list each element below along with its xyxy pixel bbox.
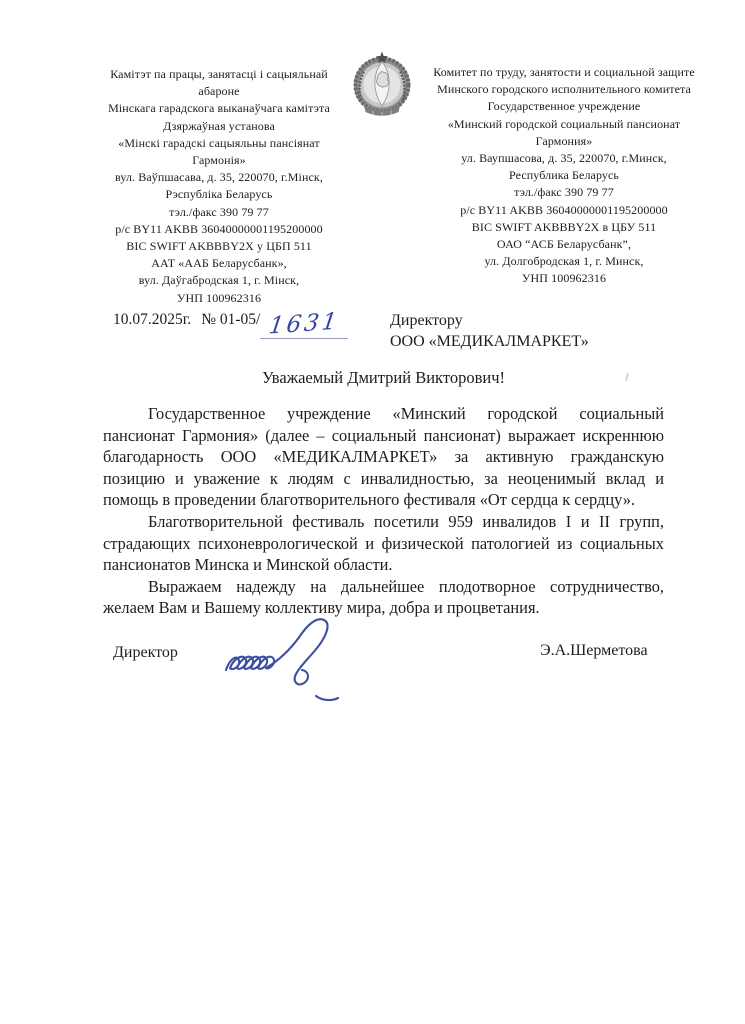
letterhead-line: Камітэт па працы, занятасці і сацыяльнай… <box>90 66 348 100</box>
letterhead-line: тэл./факс 390 79 77 <box>419 184 709 201</box>
letterhead-line: BIC SWIFT AKBBBY2X в ЦБУ 511 <box>419 219 709 236</box>
letter-date: 10.07.2025г. <box>113 311 191 328</box>
outgoing-number-field: 1631 <box>260 311 348 339</box>
letter-body: Государственное учреждение «Минский горо… <box>103 403 664 619</box>
letterhead-line: Мінскага гарадскога выканаўчага камітэта <box>90 100 348 117</box>
letterhead-russian: Комитет по труду, занятости и социальной… <box>419 64 709 288</box>
letterhead-line: BIC SWIFT AKBBBY2X у ЦБП 511 <box>90 238 348 255</box>
letterhead-line: тэл./факс 390 79 77 <box>90 204 348 221</box>
letter-page: Камітэт па працы, занятасці і сацыяльнай… <box>0 0 745 1024</box>
addressee-title: Директору <box>390 310 589 331</box>
signer-position: Директор <box>113 644 178 662</box>
letterhead-line: Республика Беларусь <box>419 167 709 184</box>
letterhead-line: «Мінскі гарадскі сацыяльны пансіянат <box>90 135 348 152</box>
letterhead-line: Гармония» <box>419 133 709 150</box>
letterhead-line: Дзяржаўная установа <box>90 118 348 135</box>
letterhead-line: вул. Ваўпшасава, д. 35, 220070, г.Мінск, <box>90 169 348 186</box>
belarus-coat-of-arms-icon <box>351 48 413 116</box>
body-paragraph: Государственное учреждение «Минский горо… <box>103 403 664 511</box>
outgoing-number-label: № 01-05/ <box>201 311 260 328</box>
letterhead-line: Рэспубліка Беларусь <box>90 186 348 203</box>
letterhead-line: ул. Долгобродская 1, г. Минск, <box>419 253 709 270</box>
letterhead-line: УНП 100962316 <box>419 270 709 287</box>
letterhead-line: Государственное учреждение <box>419 98 709 115</box>
letterhead-line: «Минский городской социальный пансионат <box>419 116 709 133</box>
addressee-company: ООО «МЕДИКАЛМАРКЕТ» <box>390 331 589 352</box>
letterhead-line: р/с BY11 AKBB 36040000001195200000 <box>90 221 348 238</box>
letterhead-line: ОАО “АСБ Беларусбанк”, <box>419 236 709 253</box>
letterhead-line: ААТ «ААБ Беларусбанк», <box>90 255 348 272</box>
letterhead-line: Комитет по труду, занятости и социальной… <box>419 64 709 81</box>
reference-line: 10.07.2025г.№ 01-05/1631 <box>113 311 348 339</box>
signer-name: Э.А.Шерметова <box>540 642 648 660</box>
letterhead-line: вул. Даўгабродская 1, г. Мінск, <box>90 272 348 289</box>
salutation: Уважаемый Дмитрий Викторович! <box>103 368 664 388</box>
letterhead-line: р/с BY11 AKBB 36040000001195200000 <box>419 202 709 219</box>
addressee-block: Директору ООО «МЕДИКАЛМАРКЕТ» <box>390 310 589 352</box>
handwritten-signature-icon <box>220 612 405 710</box>
handwritten-number: 1631 <box>267 308 341 339</box>
letterhead-line: Гармонія» <box>90 152 348 169</box>
letterhead-line: Минского городского исполнительного коми… <box>419 81 709 98</box>
letterhead-belarusian: Камітэт па працы, занятасці і сацыяльнай… <box>90 66 348 307</box>
body-paragraph: Благотворительной фестиваль посетили 959… <box>103 511 664 576</box>
letterhead-line: УНП 100962316 <box>90 290 348 307</box>
letterhead-line: ул. Ваупшасова, д. 35, 220070, г.Минск, <box>419 150 709 167</box>
